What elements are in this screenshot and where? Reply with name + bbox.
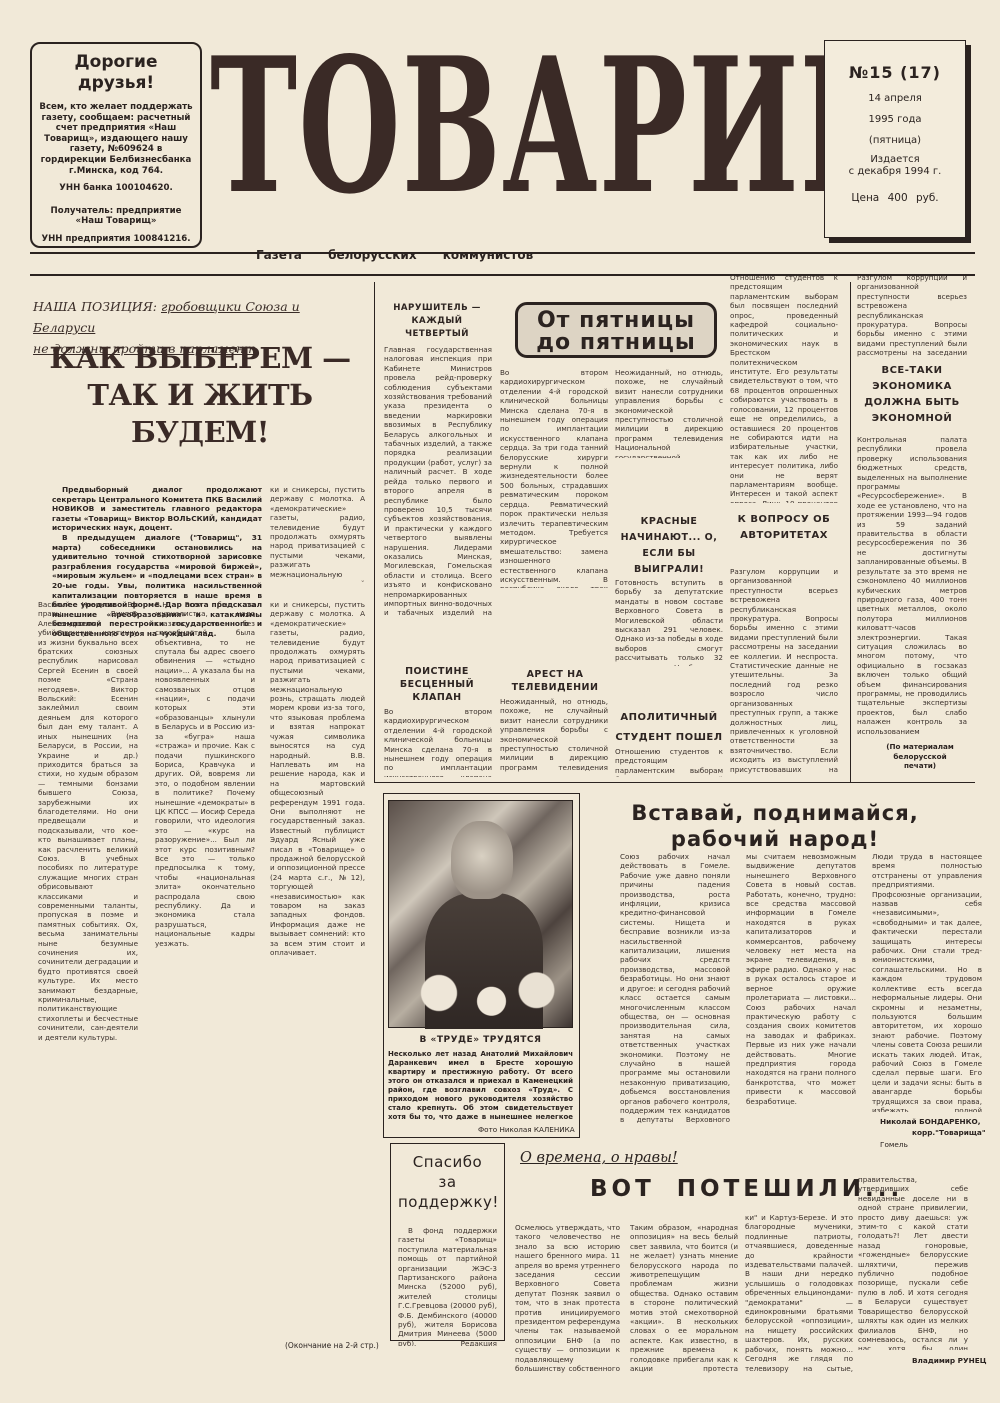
lead-headline-line-2: ТАК И ЖИТЬ БУДЕМ! bbox=[30, 377, 370, 451]
news-text: Готовность вступить в борьбу за депутатс… bbox=[615, 578, 723, 666]
satire-column-3: ки" и Картуз-Березе. И это благородные м… bbox=[745, 1213, 853, 1373]
issue-weekday: (пятница) bbox=[825, 130, 965, 151]
lead-column-3-top: ки и сникерсы, пустить державу с молотка… bbox=[270, 485, 365, 582]
workers-headline: Вставай, поднимайся, рабочий народ! bbox=[610, 800, 940, 852]
continued-note: (Окончание на 2-й стр.) bbox=[285, 1341, 379, 1350]
column-divider bbox=[374, 282, 375, 782]
news-headline: АРЕСТ НА ТЕЛЕВИДЕНИИ bbox=[500, 668, 610, 694]
issue-price: Цена 400 руб. bbox=[825, 192, 965, 204]
news-headline: ПОИСТИНЕ БЕСЦЕННЫЙ КЛАПАН bbox=[383, 665, 491, 704]
issue-info-box: №15 (17) 14 апреля 1995 года (пятница) И… bbox=[824, 40, 966, 238]
thanks-box: Спасибо за поддержку! В фонд поддержки г… bbox=[390, 1143, 505, 1341]
news-text: Отношению студентов к предстоящим парлам… bbox=[730, 273, 838, 503]
satire-column-4: правительства, утвердивших себе невиданн… bbox=[858, 1175, 968, 1350]
workers-place: Гомель bbox=[880, 1140, 908, 1149]
news-text: Разгулом коррупции и организованной прес… bbox=[730, 567, 838, 775]
news-text: Разгулом коррупции и организованной прес… bbox=[857, 273, 967, 358]
news-text: Отношению студентов к предстоящим парлам… bbox=[615, 747, 723, 777]
news-text: Во втором кардиохирургическом отделении … bbox=[384, 707, 492, 777]
newspaper-title: ТОВАРИЩ bbox=[210, 28, 594, 223]
issue-number: №15 (17) bbox=[825, 63, 965, 82]
photo-frame bbox=[383, 793, 580, 1138]
news-headline: КРАСНЫЕ НАЧИНАЮТ... О, ЕСЛИ БЫ ВЫИГРАЛИ! bbox=[615, 514, 723, 578]
news-headline: НАРУШИТЕЛЬ — КАЖДЫЙ ЧЕТВЕРТЫЙ bbox=[383, 302, 491, 341]
column-divider bbox=[850, 282, 851, 782]
newspaper-subtitle: Газета белорусских коммунистов bbox=[256, 248, 533, 262]
news-text: Главная государственная налоговая инспек… bbox=[384, 345, 492, 620]
lead-column-1: Василий Новиков: Вы правы, Виктор Алекса… bbox=[38, 600, 138, 1290]
company-inn: УНН предприятия 100841216. bbox=[38, 234, 194, 245]
workers-author: Николай БОНДАРЕНКО, bbox=[880, 1117, 981, 1126]
position-label: НАША ПОЗИЦИЯ: bbox=[33, 299, 157, 314]
workers-headline-line-1: Вставай, поднимайся, bbox=[610, 800, 940, 826]
published-since-date: с декабря 1994 г. bbox=[825, 166, 965, 178]
lead-headline: КАК ВЫБЕРЕМ — ТАК И ЖИТЬ БУДЕМ! bbox=[30, 340, 370, 451]
workers-column-2: мы считаем невозможным выдвижение депута… bbox=[746, 852, 856, 1127]
lead-column-2: В.Н. Если бы эта журналистка, надо сказа… bbox=[155, 600, 255, 1290]
section-divider bbox=[374, 782, 975, 783]
satire-column-1: Осмелюсь утверждать, что такого человече… bbox=[515, 1223, 620, 1373]
workers-column-1: Союз рабочих начал действовать в Гомеле.… bbox=[620, 852, 730, 1127]
published-since-label: Издается bbox=[825, 154, 965, 166]
satire-column-2: Таким образом, «народная оппозиция» на в… bbox=[630, 1223, 738, 1373]
lead-column-3: ки и сникерсы, пустить державу с молотка… bbox=[270, 600, 365, 1260]
news-text: Во втором кардиохирургическом отделении … bbox=[500, 368, 608, 588]
news-text: Неожиданный, но отнюдь, похоже, не случа… bbox=[500, 697, 608, 772]
news-headline: АПОЛИТИЧНЫЙ СТУДЕНТ ПОШЕЛ bbox=[615, 708, 723, 748]
thanks-title-2: за поддержку! bbox=[398, 1172, 497, 1212]
recipient: Получатель: предприятие «Наш Товарищ» bbox=[38, 206, 194, 227]
satire-rubric: О времена, о нравы! bbox=[520, 1150, 678, 1166]
workers-headline-line-2: рабочий народ! bbox=[610, 826, 940, 852]
thanks-title-1: Спасибо bbox=[398, 1152, 497, 1172]
news-source: (По материалам белорусской печати) bbox=[880, 742, 960, 771]
bank-inn: УНН банка 100104620. bbox=[38, 183, 194, 194]
satire-author: Владимир РУНЕЦ bbox=[912, 1356, 987, 1365]
news-headline: ВСЕ-ТАКИ ЭКОНОМИКА ДОЛЖНА БЫТЬ ЭКОНОМНОЙ bbox=[857, 363, 967, 427]
issue-year: 1995 года bbox=[825, 109, 965, 130]
donation-title: Дорогие друзья! bbox=[38, 52, 194, 94]
thanks-text: В фонд поддержки газеты «Товарищ» поступ… bbox=[398, 1226, 497, 1346]
issue-date: 14 апреля bbox=[825, 88, 965, 109]
donation-body: Всем, кто желает поддержать газету, сооб… bbox=[38, 102, 194, 176]
news-headline: К ВОПРОСУ ОБ АВТОРИТЕТАХ bbox=[730, 512, 838, 544]
satire-headline: ВОТ ПОТЕШИЛИ... bbox=[590, 1176, 903, 1202]
workers-author-role: корр."Товарища" bbox=[912, 1128, 986, 1137]
donation-notice-box: Дорогие друзья! Всем, кто желает поддерж… bbox=[30, 42, 202, 248]
news-text: Контрольная палата республики провела пр… bbox=[857, 435, 967, 735]
intro-paragraph: Предвыборный диалог продолжают секретарь… bbox=[52, 485, 262, 533]
lead-headline-line-1: КАК ВЫБЕРЕМ — bbox=[30, 340, 370, 377]
workers-column-3: Люди труда в настоящее время полностью о… bbox=[872, 852, 982, 1112]
news-text: Неожиданный, но отнюдь, похоже, не случа… bbox=[615, 368, 723, 458]
from-friday-to-friday-box: От пятницы до пятницы bbox=[515, 302, 717, 358]
